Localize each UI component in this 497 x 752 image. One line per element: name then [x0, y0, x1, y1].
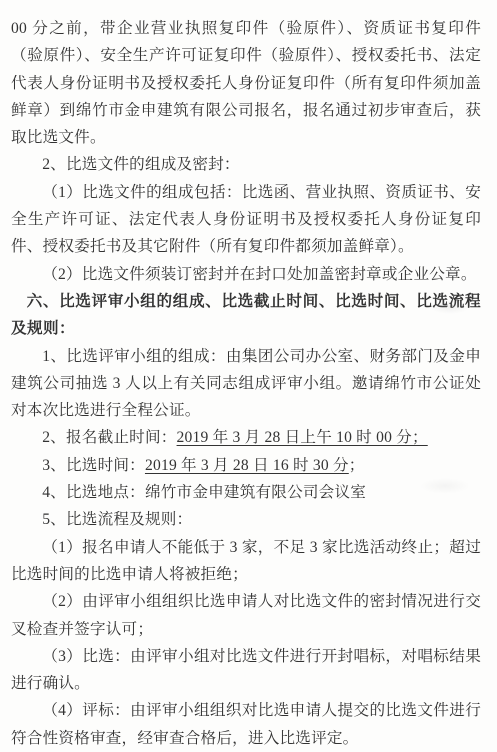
- selection-time-paragraph: 3、比选时间：2019 年 3 月 28 日 16 时 30 分；: [11, 452, 481, 479]
- committee-paragraph: 1、比选评审小组的组成：由集团公司办公室、财务部门及金申建筑公司抽选 3 人以上…: [11, 343, 481, 425]
- selection-time-suffix: ；: [349, 457, 365, 474]
- rule1-paragraph: （1）报名申请人不能低于 3 家，不足 3 家比选活动终止；超过比选时间的比选申…: [11, 534, 481, 589]
- section2-item1: （1）比选文件的组成包括：比选函、营业执照、资质证书、安全生产许可证、法定代表人…: [11, 179, 481, 261]
- intro-paragraph: 00 分之前，带企业营业执照复印件（验原件）、资质证书复印件（验原件）、安全生产…: [11, 15, 481, 151]
- rule2-paragraph: （2）由评审小组组织比选申请人对比选文件的密封情况进行交叉检查并签字认可；: [11, 588, 481, 643]
- registration-deadline-date: 2019 年 3 月 28 日上午 10 时 00 分；: [177, 429, 428, 446]
- selection-time-date: 2019 年 3 月 28 日 16 时 30 分: [145, 457, 349, 474]
- selection-location-paragraph: 4、比选地点：绵竹市金申建筑有限公司会议室: [11, 479, 481, 506]
- section2-item2: （2）比选文件须装订密封并在封口处加盖密封章或企业公章。: [11, 261, 481, 288]
- document-page: 00 分之前，带企业营业执照复印件（验原件）、资质证书复印件（验原件）、安全生产…: [0, 0, 497, 752]
- registration-deadline-label: 2、报名截止时间：: [42, 429, 176, 446]
- rule4-paragraph: （4）评标：由评审小组组织对比选申请人提交的比选文件进行符合性资格审查，经审查合…: [11, 697, 481, 752]
- selection-time-label: 3、比选时间：: [42, 457, 145, 474]
- rules-title: 5、比选流程及规则：: [11, 506, 481, 533]
- section6-heading: 六、比选评审小组的组成、比选截止时间、比选时间、比选流程及规则：: [11, 288, 481, 343]
- registration-deadline-paragraph: 2、报名截止时间：2019 年 3 月 28 日上午 10 时 00 分；: [11, 424, 481, 451]
- rule3-paragraph: （3）比选：由评审小组对比选文件进行开封唱标，对唱标结果进行确认。: [11, 643, 481, 698]
- section2-title: 2、比选文件的组成及密封：: [11, 151, 481, 178]
